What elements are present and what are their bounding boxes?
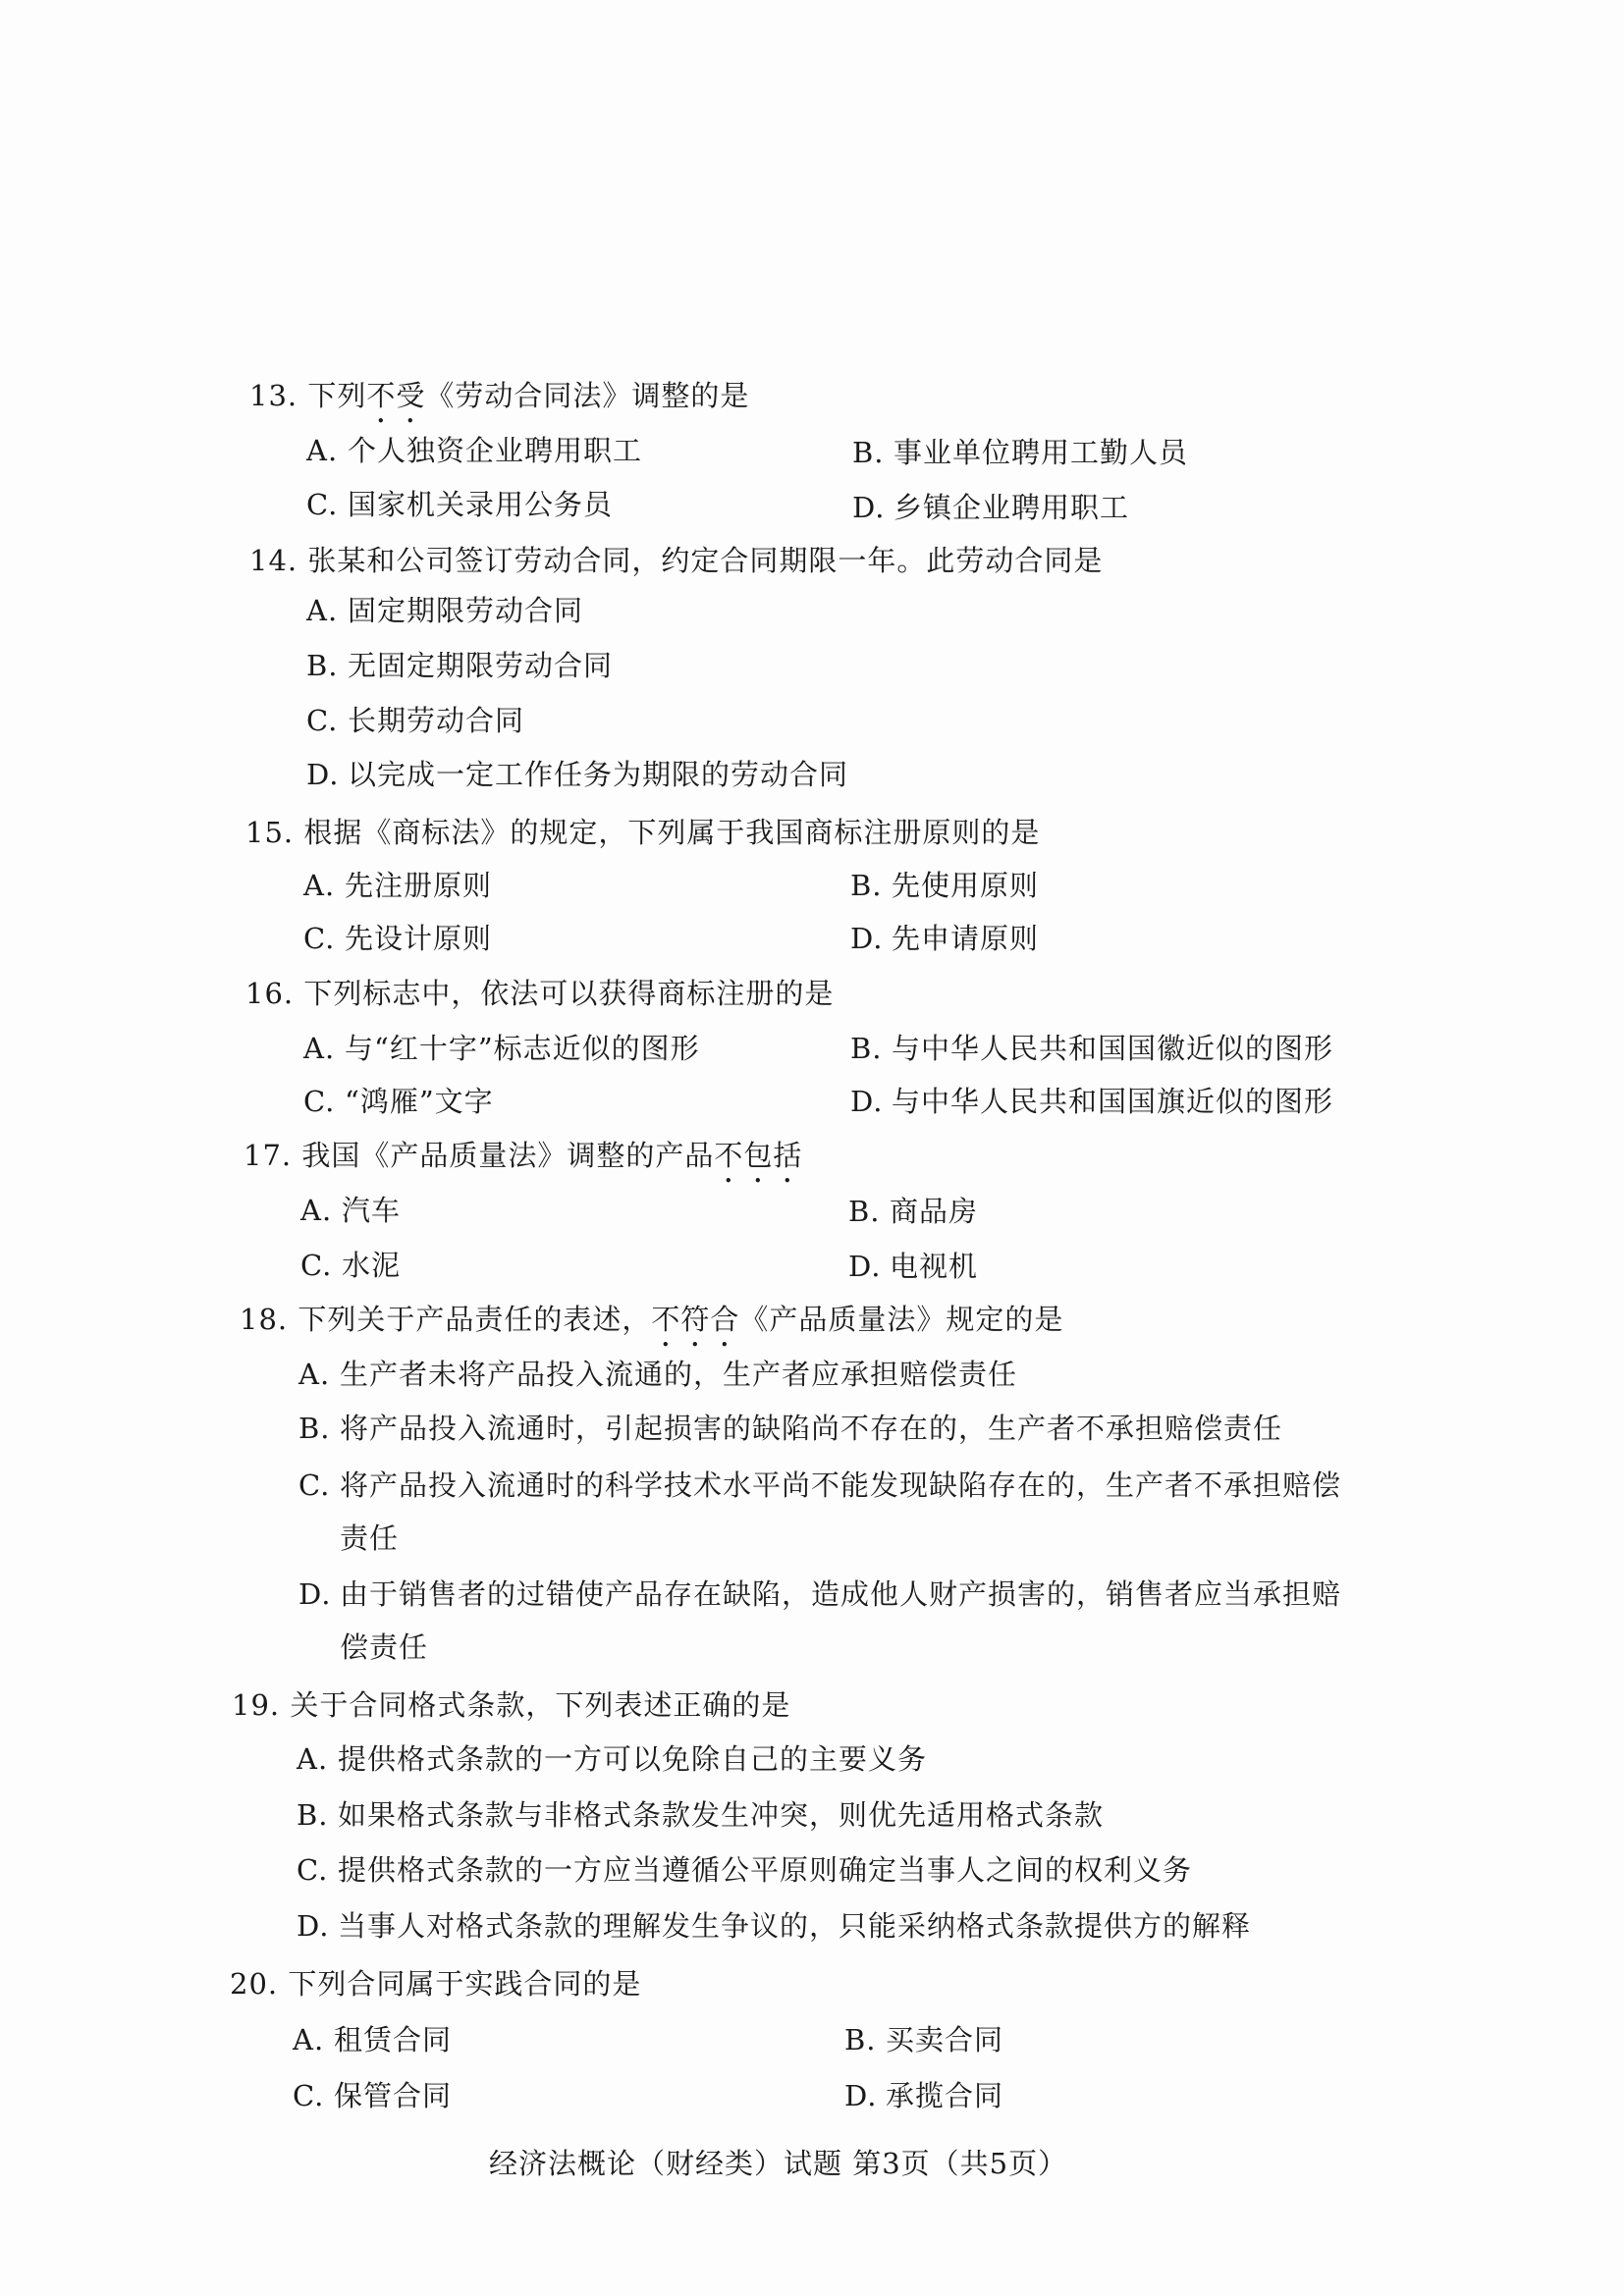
question-14-option-a: A.固定期限劳动合同 [306,593,583,628]
question-17-stem: 17. 我国《产品质量法》调整的产品不包括 [244,1138,802,1190]
emphasized-text: 不符合 [651,1303,739,1336]
question-14-option-d: D.以完成一定工作任务为期限的劳动合同 [306,757,848,792]
page-footer: 经济法概论（财经类）试题 第3页（共5页） [489,2146,1067,2181]
question-19-option-d: D.当事人对格式条款的理解发生争议的，只能采纳格式条款提供方的解释 [297,1908,1251,1944]
question-number: 19. [232,1687,280,1723]
question-18-option-d-continuation: 偿责任 [340,1629,428,1665]
question-18-option-a: A.生产者未将产品投入流通的，生产者应承担赔偿责任 [298,1357,1017,1392]
question-20-option-a: A.租赁合同 [293,2022,452,2057]
question-number: 15. [245,815,294,850]
question-number: 18. [240,1302,288,1337]
question-13-option-a: A.个人独资企业聘用职工 [306,433,642,468]
question-20-option-d: D.承揽合同 [844,2078,1003,2113]
question-17-option-d: D.电视机 [848,1249,978,1284]
question-20-stem: 20. 下列合同属于实践合同的是 [230,1966,641,2002]
question-19-option-b: B.如果格式条款与非格式条款发生冲突，则优先适用格式条款 [297,1797,1104,1833]
question-17-option-a: A.汽车 [300,1193,401,1228]
question-15-stem: 15. 根据《商标法》的规定，下列属于我国商标注册原则的是 [245,815,1040,850]
emphasized-text: 不包括 [714,1139,802,1172]
question-19-option-c: C.提供格式条款的一方应当遵循公平原则确定当事人之间的权利义务 [297,1852,1192,1888]
question-13-stem: 13. 下列不受《劳动合同法》调整的是 [249,378,749,430]
question-19-option-a: A.提供格式条款的一方可以免除自己的主要义务 [297,1741,927,1777]
question-17-option-c: C.水泥 [300,1248,401,1283]
question-13-option-d: D.乡镇企业聘用职工 [852,490,1129,525]
question-number: 16. [245,976,294,1011]
question-17-option-b: B.商品房 [848,1194,978,1229]
question-13-option-c: C.国家机关录用公务员 [306,487,613,522]
question-18-option-c-continuation: 责任 [340,1521,399,1556]
question-16-option-a: A.与“红十字”标志近似的图形 [303,1031,700,1066]
exam-page: 13. 下列不受《劳动合同法》调整的是 A.个人独资企业聘用职工 B.事业单位聘… [0,0,1624,2296]
question-16-stem: 16. 下列标志中，依法可以获得商标注册的是 [245,976,834,1011]
question-14-stem: 14. 张某和公司签订劳动合同，约定合同期限一年。此劳动合同是 [249,543,1103,578]
question-16-option-b: B.与中华人民共和国国徽近似的图形 [850,1031,1333,1066]
question-18-option-d: D.由于销售者的过错使产品存在缺陷，造成他人财产损害的，销售者应当承担赔 [298,1576,1341,1612]
question-15-option-b: B.先使用原则 [850,868,1039,903]
question-16-option-c: C.“鸿雁”文字 [303,1084,494,1119]
question-19-stem: 19. 关于合同格式条款，下列表述正确的是 [232,1687,790,1723]
question-number: 20. [230,1966,278,2002]
question-15-option-d: D.先申请原则 [850,921,1039,956]
emphasized-text: 不受 [366,379,425,412]
question-number: 17. [244,1138,292,1173]
question-18-option-b: B.将产品投入流通时，引起损害的缺陷尚不存在的，生产者不承担赔偿责任 [298,1411,1282,1446]
question-16-option-d: D.与中华人民共和国国旗近似的图形 [850,1084,1333,1119]
question-20-option-c: C.保管合同 [293,2078,452,2113]
question-15-option-a: A.先注册原则 [303,868,492,903]
question-18-option-c: C.将产品投入流通时的科学技术水平尚不能发现缺陷存在的，生产者不承担赔偿 [298,1468,1341,1503]
question-14-option-c: C.长期劳动合同 [306,703,524,738]
question-14-option-b: B.无固定期限劳动合同 [306,648,613,683]
question-number: 13. [249,378,298,413]
question-number: 14. [249,543,298,578]
question-15-option-c: C.先设计原则 [303,921,492,956]
question-18-stem: 18. 下列关于产品责任的表述，不符合《产品质量法》规定的是 [240,1302,1063,1354]
question-20-option-b: B.买卖合同 [844,2022,1003,2057]
question-13-option-b: B.事业单位聘用工勤人员 [852,435,1188,470]
